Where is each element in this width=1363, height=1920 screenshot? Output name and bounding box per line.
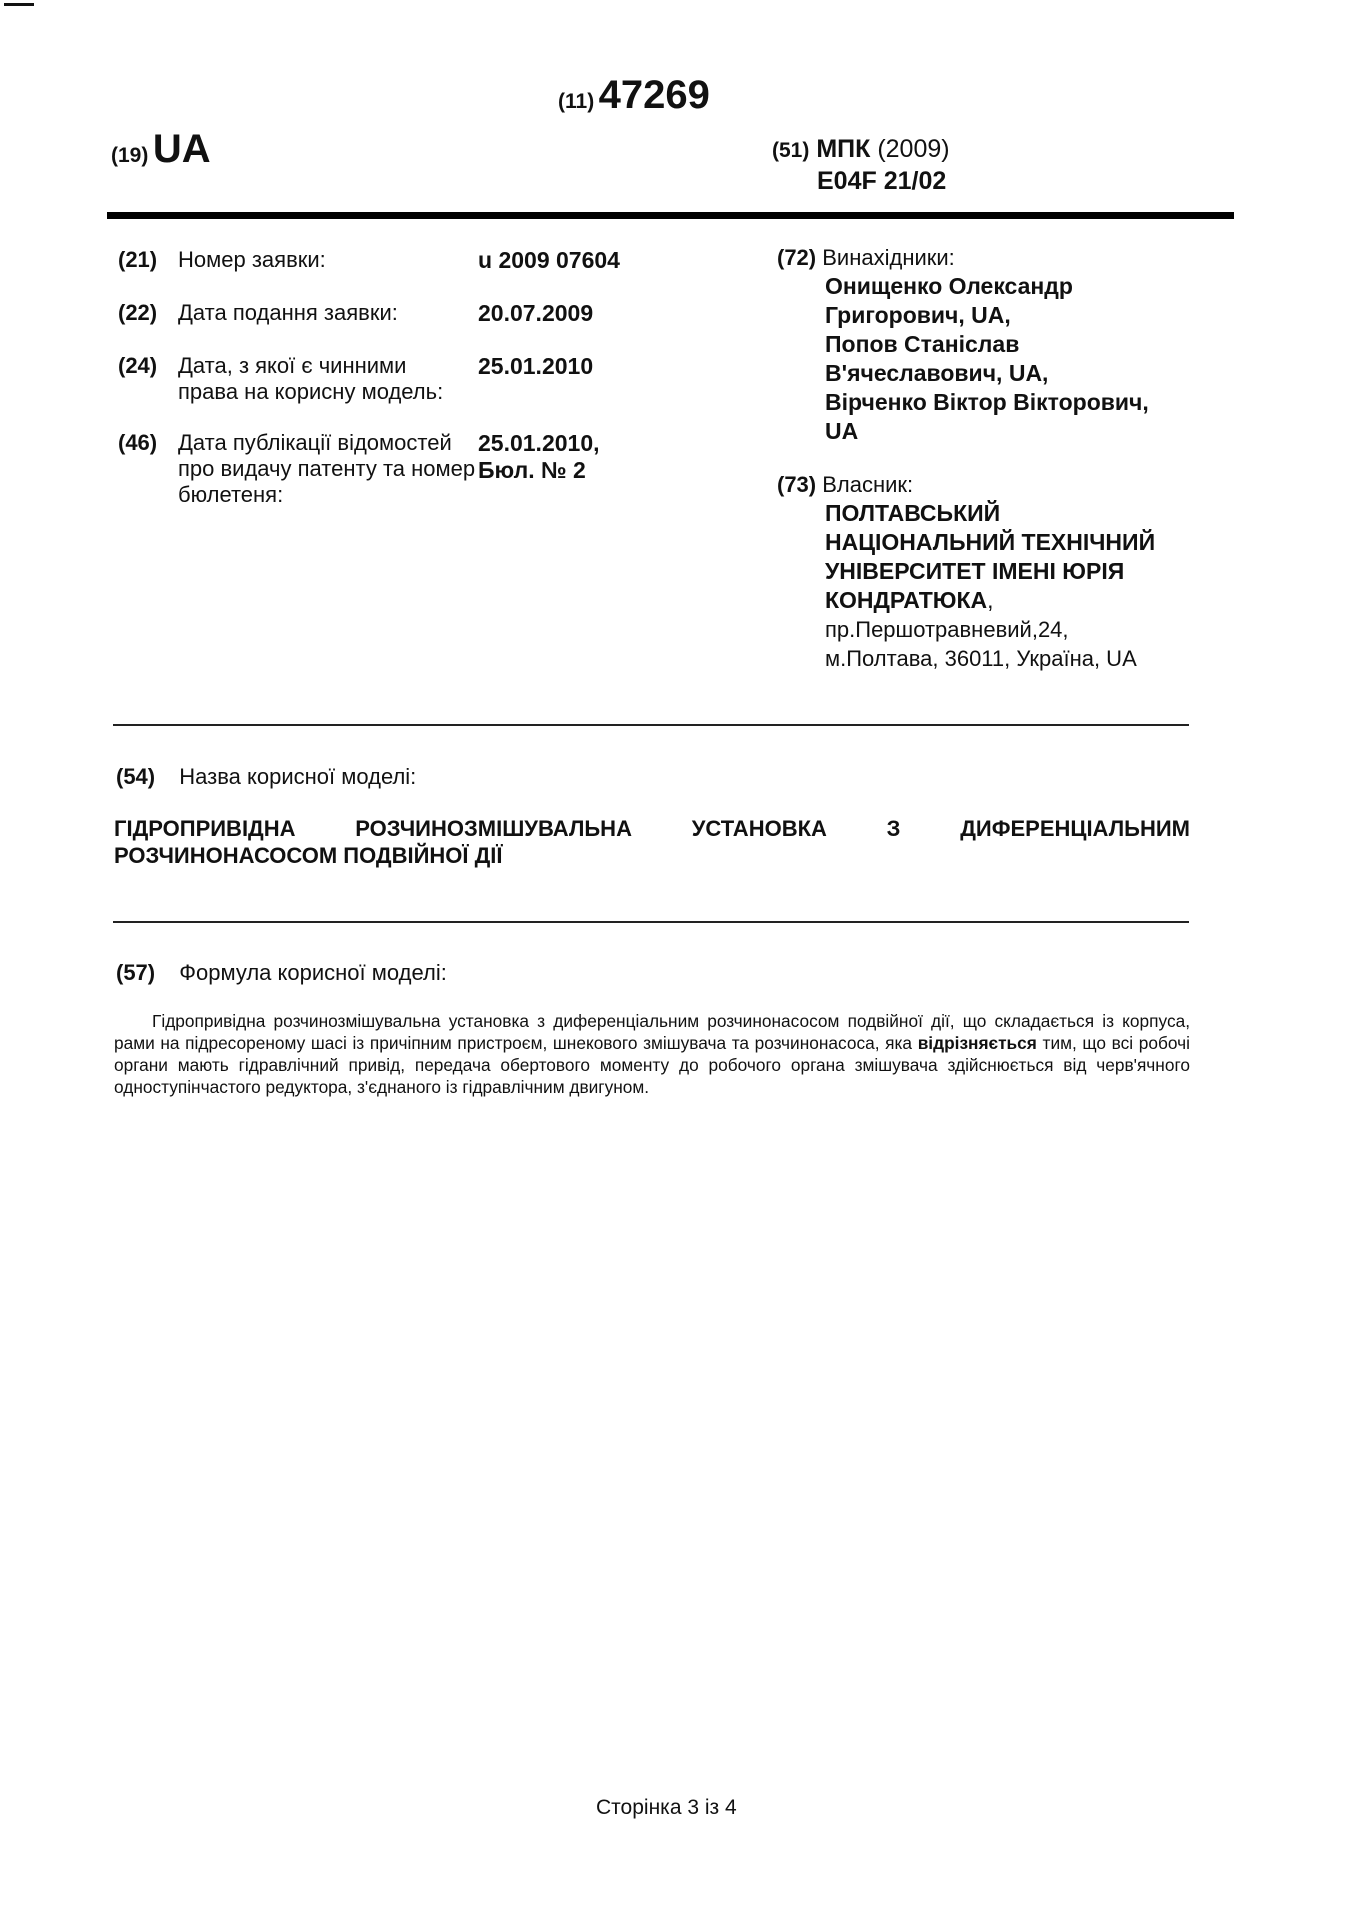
field-application-number: (21) Номер заявки: u 2009 07604 [118,247,678,277]
address-line: м.Полтава, 36011, Україна, UA [825,644,1237,673]
claims-section-heading: (57) Формула корисної моделі: [116,960,447,986]
field-label: Дата, з якої є чинними права на корисну … [178,353,468,405]
inventor-line: Григорович, UA, [825,301,1237,330]
owner-name-line: УНІВЕРСИТЕТ ІМЕНІ ЮРІЯ [825,557,1237,586]
patent-number-value: 47269 [599,73,710,117]
claims-label: Формула корисної моделі: [179,960,447,985]
ipc-class: E04F 21/02 [772,166,950,197]
claims-code: (57) [116,960,155,985]
inventors-code: (72) [777,245,816,270]
ipc-classification: (51) МПК (2009) E04F 21/02 [772,134,950,197]
patent-number-label: (11) [558,90,594,113]
bulletin-number: Бюл. № 2 [478,457,586,483]
field-label: Дата публікації відомостей про видачу па… [178,430,476,508]
title-label: Назва корисної моделі: [179,764,416,789]
owner-address: пр.Першотравневий,24, м.Полтава, 36011, … [777,615,1237,673]
owner-name-line: ПОЛТАВСЬКИЙ [825,499,1237,528]
section-divider [113,921,1189,923]
field-value: 20.07.2009 [478,300,593,326]
utility-model-title-line-1: ГІДРОПРИВІДНА РОЗЧИНОЗМІШУВАЛЬНА УСТАНОВ… [114,815,1190,842]
title-code: (54) [116,764,155,789]
section-divider [113,724,1189,726]
address-line: пр.Першотравневий,24, [825,615,1237,644]
owner-section: (73) Власник: ПОЛТАВСЬКИЙ НАЦІОНАЛЬНИЙ Т… [777,470,1237,673]
owner-label: Власник: [822,472,913,497]
inventor-line: UA [825,417,1237,446]
claims-text-emphasis: відрізняється [918,1033,1037,1053]
field-code: (46) [118,430,157,456]
ipc-label: (51) [772,139,809,162]
owner-name: ПОЛТАВСЬКИЙ НАЦІОНАЛЬНИЙ ТЕХНІЧНИЙ УНІВЕ… [777,499,1237,615]
claims-text: Гідропривідна розчинозмішувальна установ… [114,1010,1190,1098]
field-code: (21) [118,247,157,273]
inventors-label: Винахідники: [822,245,955,270]
field-publication-date: (46) Дата публікації відомостей про вида… [118,430,678,515]
field-rights-date: (24) Дата, з якої є чинними права на кор… [118,353,678,413]
title-section-heading: (54) Назва корисної моделі: [116,764,416,790]
header-rule [107,212,1234,219]
owner-name-comma: , [987,587,993,613]
owner-code: (73) [777,472,816,497]
patent-number: (11) 47269 [558,73,710,118]
scan-artifact [4,3,34,6]
field-value: u 2009 07604 [478,247,620,273]
field-label: Номер заявки: [178,247,478,273]
inventors-list: Онищенко Олександр Григорович, UA, Попов… [777,272,1237,446]
inventor-line: Попов Станіслав [825,330,1237,359]
inventor-line: В'ячеславович, UA, [825,359,1237,388]
field-code: (22) [118,300,157,326]
utility-model-title-line-2: РОЗЧИНОНАСОСОМ ПОДВІЙНОЇ ДІЇ [114,842,1190,869]
field-code: (24) [118,353,157,379]
field-filing-date: (22) Дата подання заявки: 20.07.2009 [118,300,678,330]
ipc-year: (2009) [877,135,949,163]
inventors-section: (72) Винахідники: Онищенко Олександр Гри… [777,243,1237,446]
country-code-label: (19) [111,144,148,167]
field-value: 25.01.2010 [478,353,593,379]
inventor-line: Вірченко Віктор Вікторович, [825,388,1237,417]
country-code: (19) UA [111,127,211,172]
ipc-prefix: МПК [816,135,870,163]
field-label: Дата подання заявки: [178,300,478,326]
field-value: 25.01.2010, [478,430,600,456]
page-indicator: Сторінка 3 із 4 [596,1796,737,1820]
owner-name-line: КОНДРАТЮКА [825,587,987,613]
inventor-line: Онищенко Олександр [825,272,1237,301]
country-code-value: UA [153,127,211,171]
owner-name-line: НАЦІОНАЛЬНИЙ ТЕХНІЧНИЙ [825,528,1237,557]
